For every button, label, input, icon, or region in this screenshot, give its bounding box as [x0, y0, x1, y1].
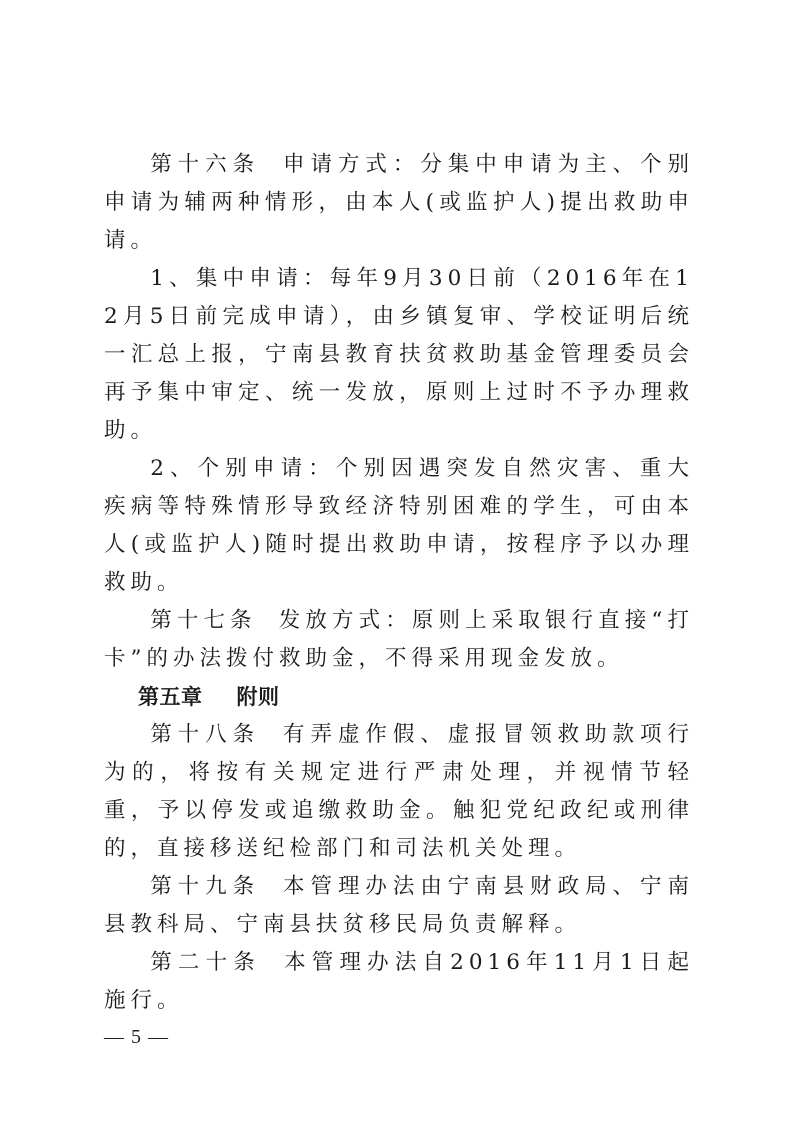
- chapter-heading: 第五章附则: [104, 678, 694, 716]
- article-16-item-1-paragraph: 1、集中申请：每年9月30日前（2016年在12月5日前完成申请），由乡镇复审、…: [104, 260, 694, 450]
- article-label: 第十六条: [150, 152, 260, 177]
- article-19-paragraph: 第十九条本管理办法由宁南县财政局、宁南县教科局、宁南县扶贫移民局负责解释。: [104, 868, 694, 944]
- article-label: 第十九条: [150, 874, 260, 899]
- article-label: 第十八条: [150, 722, 260, 747]
- document-page: 第十六条申请方式：分集中申请为主、个别申请为辅两种情形，由本人(或监护人)提出救…: [104, 146, 694, 1020]
- article-16-paragraph: 第十六条申请方式：分集中申请为主、个别申请为辅两种情形，由本人(或监护人)提出救…: [104, 146, 694, 260]
- article-label: 第十七条: [150, 608, 256, 633]
- article-18-paragraph: 第十八条有弄虚作假、虚报冒领救助款项行为的，将按有关规定进行严肃处理，并视情节轻…: [104, 716, 694, 868]
- chapter-number: 第五章: [138, 685, 203, 709]
- article-16-item-2-paragraph: 2、个别申请：个别因遇突发自然灾害、重大疾病等特殊情形导致经济特别困难的学生，可…: [104, 450, 694, 602]
- chapter-title: 附则: [237, 685, 280, 709]
- article-label: 第二十条: [150, 950, 261, 975]
- article-20-paragraph: 第二十条本管理办法自2016年11月1日起施行。: [104, 944, 694, 1020]
- page-number: — 5 —: [104, 1026, 169, 1049]
- article-17-paragraph: 第十七条发放方式：原则上采取银行直接“打卡”的办法拨付救助金，不得采用现金发放。: [104, 602, 694, 678]
